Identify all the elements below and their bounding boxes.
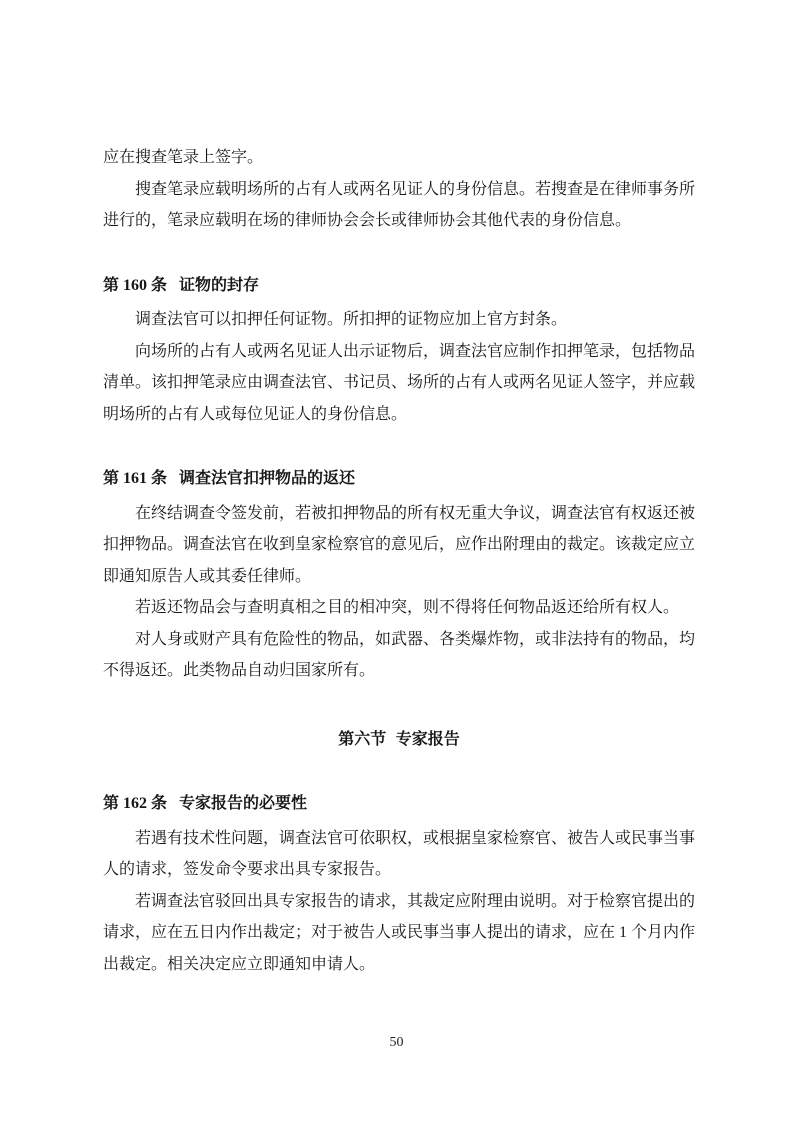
article-161-heading: 第 161 条调查法官扣押物品的返还 [103, 463, 695, 495]
paragraph: 搜查笔录应载明场所的占有人或两名见证人的身份信息。若搜查是在律师事务所进行的，笔… [103, 174, 695, 237]
article-160-title: 证物的封存 [179, 277, 259, 294]
section-6-title: 专家报告 [396, 731, 460, 748]
article-161-title: 调查法官扣押物品的返还 [179, 470, 355, 487]
article-162-heading: 第 162 条专家报告的必要性 [103, 788, 695, 820]
paragraph: 若调查法官驳回出具专家报告的请求，其裁定应附理由说明。对于检察官提出的请求，应在… [103, 886, 695, 981]
section-6-heading: 第六节专家报告 [103, 724, 695, 756]
paragraph: 若遇有技术性问题，调查法官可依职权，或根据皇家检察官、被告人或民事当事人的请求，… [103, 823, 695, 886]
paragraph: 若返还物品会与查明真相之目的相冲突，则不得将任何物品返还给所有权人。 [103, 592, 695, 624]
article-160-heading: 第 160 条证物的封存 [103, 270, 695, 302]
paragraph: 对人身或财产具有危险性的物品，如武器、各类爆炸物，或非法持有的物品，均不得返还。… [103, 624, 695, 687]
paragraph-continuation: 应在搜查笔录上签字。 [103, 142, 695, 174]
page-number: 50 [0, 1034, 793, 1052]
paragraph: 向场所的占有人或两名见证人出示证物后，调查法官应制作扣押笔录，包括物品清单。该扣… [103, 336, 695, 431]
paragraph: 在终结调查令签发前，若被扣押物品的所有权无重大争议，调查法官有权返还被扣押物品。… [103, 498, 695, 593]
section-6-number: 第六节 [338, 731, 386, 748]
document-content: 应在搜查笔录上签字。 搜查笔录应载明场所的占有人或两名见证人的身份信息。若搜查是… [103, 0, 695, 980]
paragraph: 调查法官可以扣押任何证物。所扣押的证物应加上官方封条。 [103, 304, 695, 336]
article-162-number: 第 162 条 [103, 795, 167, 812]
document-page: 应在搜查笔录上签字。 搜查笔录应载明场所的占有人或两名见证人的身份信息。若搜查是… [0, 0, 793, 1122]
article-160-number: 第 160 条 [103, 277, 167, 294]
article-161-number: 第 161 条 [103, 470, 167, 487]
article-162-title: 专家报告的必要性 [179, 795, 307, 812]
